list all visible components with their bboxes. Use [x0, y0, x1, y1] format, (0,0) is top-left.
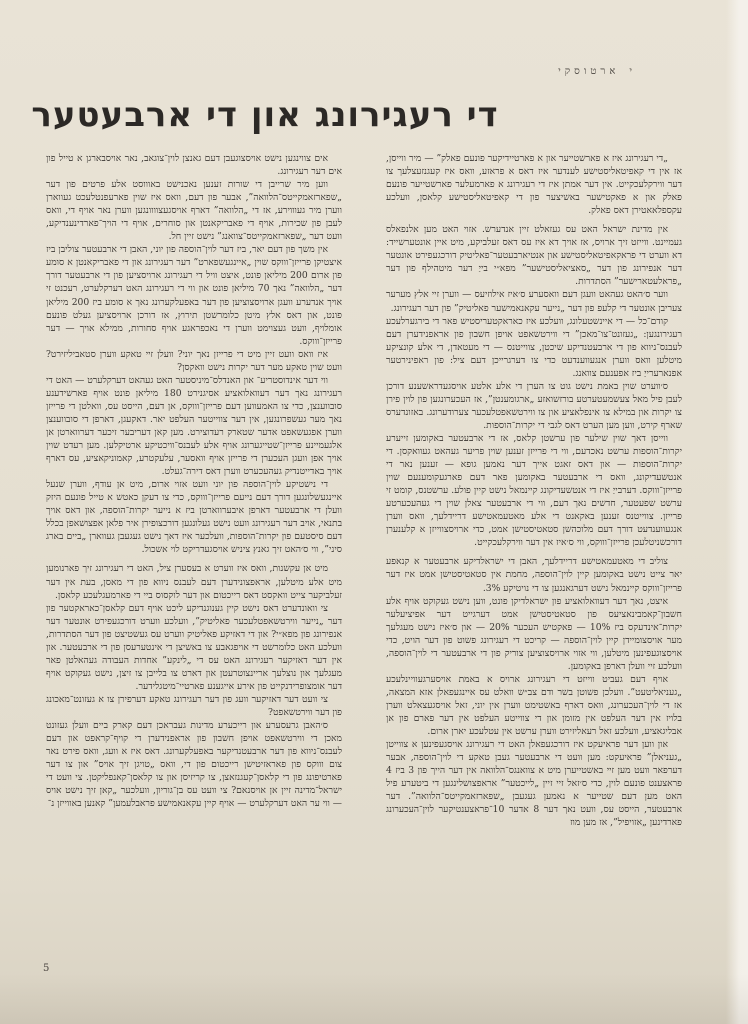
author-byline: י ארטוסקי — [558, 66, 636, 77]
paragraph: ס׳ווערט שוין באמת נישט גוט צו הערן די אל… — [386, 380, 682, 432]
page-edge — [726, 0, 748, 1024]
paragraph: צוליב די מאטעמאטישע דריידלעך, האבן די יש… — [386, 555, 682, 594]
newspaper-page: י ארטוסקי די רעגירונג און די ארבעטער „די… — [0, 0, 748, 1024]
paragraph: צי וואונדערט דאס נישט קיין גענוגנדיקע לי… — [46, 602, 342, 693]
paragraph: „די רעגירונג איז א פארשטייער און א פארטי… — [386, 152, 682, 217]
paragraph: איצט, נאך דער דעוואלואציע פון ישראלדיקן … — [386, 595, 682, 673]
paragraph: און ווען דער פראיעקט איז דורכגעפאלן האט … — [386, 738, 682, 829]
paragraph: מיט אן עקשנות, וואס איז ווערט א בעסערן צ… — [46, 562, 342, 601]
text-column-right: „די רעגירונג איז א פארשטייער און א פארטי… — [386, 152, 682, 922]
page-number: 5 — [43, 963, 49, 974]
paragraph: צי וועט דער דאזיקער וועג פון דער רעגירונ… — [46, 693, 342, 719]
article-title: די רעגירונג און די ארבעטער — [31, 95, 498, 135]
scan-shadow — [0, 974, 748, 1024]
text-column-left: אים צווינגען נישט אויסצוגעבן דעם גאנצן ל… — [46, 152, 342, 922]
paragraph: ווער ס׳האט געהאט וועגן דעם וואסערע ס׳איז… — [386, 288, 682, 314]
paragraph: אויף דעם געביט ווייזט די רעגירונג ארויס … — [386, 673, 682, 738]
paragraph: ווייסן דאך שוין שילער פון ערשטן קלאס, אז… — [386, 432, 682, 549]
paragraph: ס׳האבן גרעסערע און רייכערע מדינות געבראכ… — [46, 719, 342, 810]
paragraph: אין מדינת ישראל האט עס געזאלט זיין אנדער… — [386, 223, 682, 288]
paragraph: אים צווינגען נישט אויסצוגעבן דעם גאנצן ל… — [46, 152, 342, 178]
paragraph: קודם־כל — די איינשטעלונג, וועלכע איז כאר… — [386, 315, 682, 380]
paragraph: איז וואס וועט זיין מיט די פרייזן נאך יונ… — [46, 348, 342, 374]
paragraph: אין משך פון דעם יאר, ביז דער לוין־הוספה … — [46, 243, 342, 347]
paragraph: ווי דער אינדוסטריע־ און האנדלס־מיניסטער … — [46, 374, 342, 478]
headline-row: די רעגירונג און די ארבעטער — [40, 95, 490, 135]
paragraph: ווען מיר שרייבן די שורות זענען נאכנישט ב… — [46, 178, 342, 243]
paragraph: די נישטיקע לוין־הוספה פון יוני וועט אזוי… — [46, 478, 342, 556]
